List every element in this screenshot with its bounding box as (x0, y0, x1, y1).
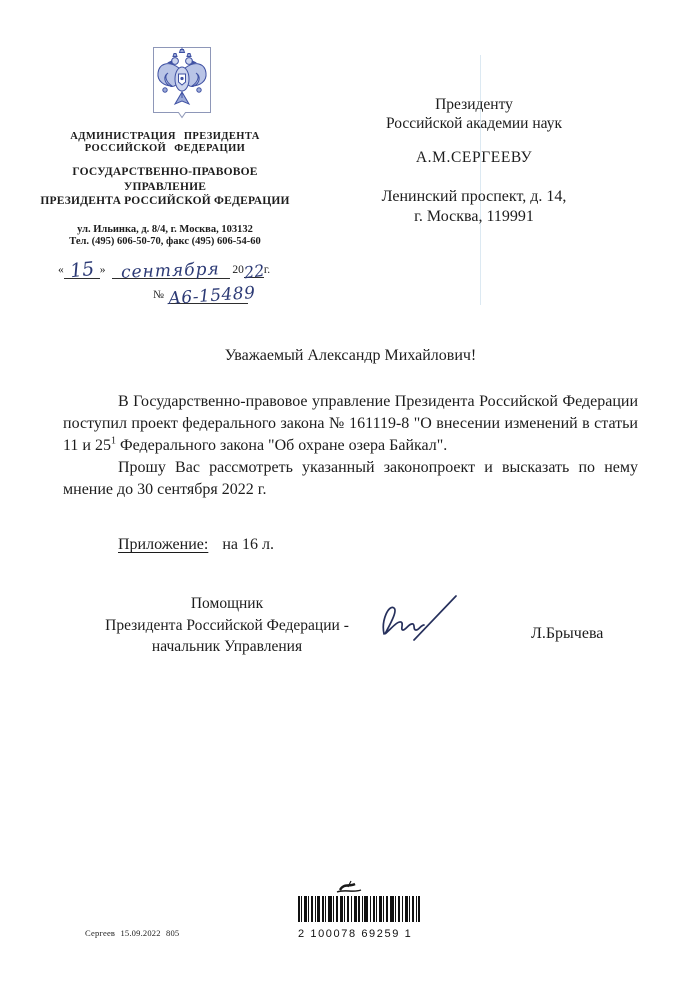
month-blank: сентября (112, 258, 230, 279)
attachment-line: Приложение:на 16 л. (118, 536, 274, 554)
signer-title-line1: Помощник (63, 593, 391, 615)
letter-body: В Государственно-правовое управление Пре… (63, 391, 638, 501)
executor-note: Сергеев 15.09.2022 805 (85, 928, 179, 938)
handwritten-number: А6-15489 (167, 283, 256, 309)
org-name-line1: АДМИНИСТРАЦИЯ ПРЕЗИДЕНТА (36, 131, 294, 143)
department-line1: ГОСУДАРСТВЕННО-ПРАВОВОЕ (36, 165, 294, 180)
org-name-line2: РОССИЙСКОЙ ФЕДЕРАЦИИ (36, 143, 294, 155)
addressee-address-line1: Ленинский проспект, д. 14, (359, 187, 589, 207)
addressee-line2: Российской академии наук (359, 115, 589, 134)
signer-title: Помощник Президента Российской Федерации… (63, 593, 391, 658)
addressee-address-line2: г. Москва, 119991 (359, 207, 589, 227)
addressee-block: Президенту Российской академии наук А.М.… (359, 96, 589, 226)
day-blank: 15 (64, 256, 100, 279)
handwritten-month: сентября (121, 259, 220, 282)
letterhead: АДМИНИСТРАЦИЯ ПРЕЗИДЕНТА РОССИЙСКОЙ ФЕДЕ… (36, 131, 294, 249)
year-blank: 22 (244, 258, 264, 278)
barcode-icon (298, 896, 424, 927)
barcode-digits: 2 100078 69259 1 (298, 928, 424, 940)
attachment-label: Приложение: (118, 536, 208, 553)
letterhead-phone: Тел. (495) 606-50-70, факс (495) 606-54-… (36, 236, 294, 249)
department-line2: УПРАВЛЕНИЕ (36, 180, 294, 195)
handwritten-year: 22 (243, 261, 266, 283)
signer-title-line3: начальник Управления (63, 636, 391, 658)
addressee-name: А.М.СЕРГЕЕВУ (359, 149, 589, 167)
handwritten-signature-icon (370, 588, 466, 653)
handwritten-day: 15 (69, 258, 95, 282)
date-number-block: «15»сентября 2022г. №А6-15489 (58, 256, 308, 304)
registration-mark-icon (334, 878, 424, 896)
coat-of-arms-icon (152, 46, 212, 120)
department-line3: ПРЕЗИДЕНТА РОССИЙСКОЙ ФЕДЕРАЦИИ (36, 194, 294, 209)
paragraph-1: В Государственно-правовое управление Пре… (63, 391, 638, 457)
letter-page: АДМИНИСТРАЦИЯ ПРЕЗИДЕНТА РОССИЙСКОЙ ФЕДЕ… (0, 0, 700, 987)
signer-name: Л.Брычева (531, 625, 603, 643)
number-label: № (153, 289, 164, 301)
barcode-block: 2 100078 69259 1 (298, 878, 424, 940)
paragraph-2: Прошу Вас рассмотреть указанный законопр… (63, 457, 638, 501)
addressee-line1: Президенту (359, 96, 589, 115)
letterhead-address: ул. Ильинка, д. 8/4, г. Москва, 103132 (36, 224, 294, 237)
paragraph-1-text-cont: Федерального закона "Об охране озера Бай… (116, 437, 447, 454)
number-blank: А6-15489 (168, 283, 248, 304)
signer-title-line2: Президента Российской Федерации - (63, 615, 391, 637)
attachment-value: на 16 л. (222, 536, 274, 553)
salutation: Уважаемый Александр Михайлович! (63, 347, 638, 365)
close-quote: » (100, 264, 106, 276)
